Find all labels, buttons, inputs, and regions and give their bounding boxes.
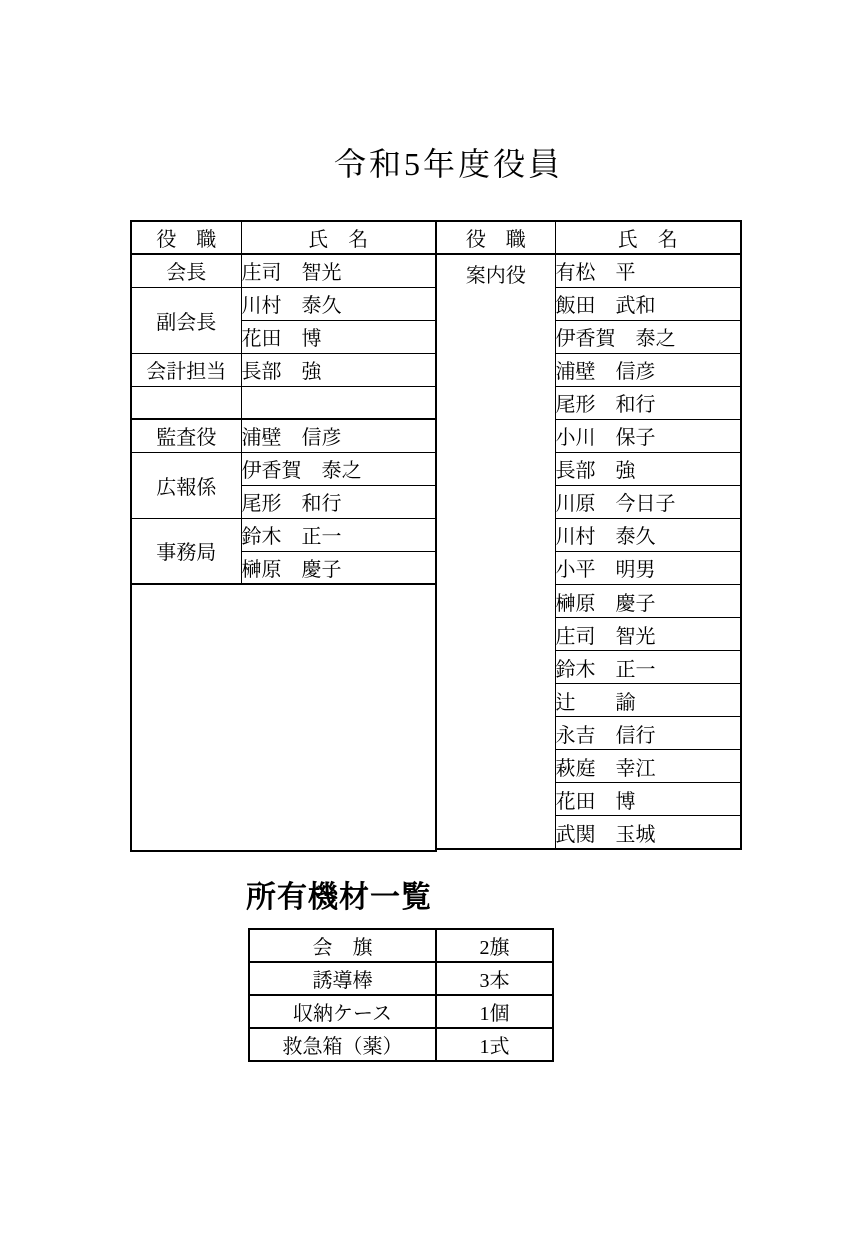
role-cell: 広報係: [131, 452, 241, 518]
role-cell: 監査役: [131, 419, 241, 452]
equipment-item-cell: 救急箱（薬）: [249, 1028, 436, 1061]
name-cell: 小平 明男: [555, 551, 741, 584]
table-row: 救急箱（薬） 1式: [249, 1028, 553, 1061]
name-cell: 榊原 慶子: [555, 585, 741, 618]
empty-table-row: [131, 386, 436, 419]
role-cell: 事務局: [131, 518, 241, 584]
name-cell: 飯田 武和: [555, 287, 741, 320]
name-cell: 辻 諭: [555, 684, 741, 717]
role-column-header: 役 職: [131, 221, 241, 254]
name-cell: 榊原 慶子: [241, 551, 436, 584]
name-cell: 伊香賀 泰之: [241, 452, 436, 485]
role-cell: 会長: [131, 254, 241, 287]
role-column-header: 役 職: [436, 221, 555, 254]
name-cell: 小川 保子: [555, 419, 741, 452]
equipment-item-cell: 誘導棒: [249, 962, 436, 995]
name-cell: 有松 平: [555, 254, 741, 287]
role-cell: 会計担当: [131, 353, 241, 386]
empty-filler-row: [131, 584, 436, 851]
name-cell: 伊香賀 泰之: [555, 320, 741, 353]
equipment-item-cell: 収納ケース: [249, 995, 436, 1028]
name-cell: 浦壁 信彦: [241, 419, 436, 452]
table-row: 会長 庄司 智光: [131, 254, 436, 287]
name-cell: 花田 博: [241, 320, 436, 353]
name-cell: 長部 強: [555, 452, 741, 485]
equipment-heading: 所有機材一覧: [246, 872, 432, 916]
table-row: 誘導棒 3本: [249, 962, 553, 995]
name-cell: 尾形 和行: [241, 485, 436, 518]
name-cell: 花田 博: [555, 783, 741, 816]
equipment-qty-cell: 1式: [436, 1028, 553, 1061]
role-cell: 副会長: [131, 287, 241, 353]
table-header-row: 役 職 氏 名: [436, 221, 741, 254]
name-cell: [241, 386, 436, 419]
role-cell-guide: 案内役: [436, 254, 555, 849]
equipment-qty-cell: 2旗: [436, 929, 553, 962]
name-cell: 鈴木 正一: [241, 518, 436, 551]
name-cell: 武関 玉城: [555, 816, 741, 849]
officers-table-right: 役 職 氏 名 案内役 有松 平 飯田 武和 伊香賀 泰之 浦壁 信彦 尾形 和…: [435, 220, 742, 850]
equipment-qty-cell: 3本: [436, 962, 553, 995]
name-column-header: 氏 名: [241, 221, 436, 254]
table-row: 監査役 浦壁 信彦: [131, 419, 436, 452]
table-row: 事務局 鈴木 正一: [131, 518, 436, 551]
name-cell: 川原 今日子: [555, 485, 741, 518]
equipment-table: 会 旗 2旗 誘導棒 3本 収納ケース 1個 救急箱（薬） 1式: [248, 928, 554, 1062]
page-title: 令和5年度役員: [334, 139, 563, 185]
table-header-row: 役 職 氏 名: [131, 221, 436, 254]
officers-table-left: 役 職 氏 名 会長 庄司 智光 副会長 川村 泰久 花田 博 会計担当 長部 …: [130, 220, 437, 852]
name-cell: 浦壁 信彦: [555, 353, 741, 386]
equipment-qty-cell: 1個: [436, 995, 553, 1028]
equipment-item-cell: 会 旗: [249, 929, 436, 962]
role-cell: [131, 386, 241, 419]
name-cell: 庄司 智光: [241, 254, 436, 287]
name-cell: 鈴木 正一: [555, 651, 741, 684]
empty-area-cell: [131, 584, 436, 851]
table-row: 副会長 川村 泰久: [131, 287, 436, 320]
table-row: 収納ケース 1個: [249, 995, 553, 1028]
name-cell: 尾形 和行: [555, 386, 741, 419]
table-row: 広報係 伊香賀 泰之: [131, 452, 436, 485]
name-cell: 萩庭 幸江: [555, 750, 741, 783]
name-cell: 長部 強: [241, 353, 436, 386]
table-row: 案内役 有松 平: [436, 254, 741, 287]
name-cell: 永吉 信行: [555, 717, 741, 750]
table-row: 会 旗 2旗: [249, 929, 553, 962]
name-cell: 庄司 智光: [555, 618, 741, 651]
name-column-header: 氏 名: [555, 221, 741, 254]
name-cell: 川村 泰久: [555, 518, 741, 551]
document-page: { "page_title": "令和5年度役員", "officers_lef…: [0, 0, 861, 1254]
table-row: 会計担当 長部 強: [131, 353, 436, 386]
name-cell: 川村 泰久: [241, 287, 436, 320]
